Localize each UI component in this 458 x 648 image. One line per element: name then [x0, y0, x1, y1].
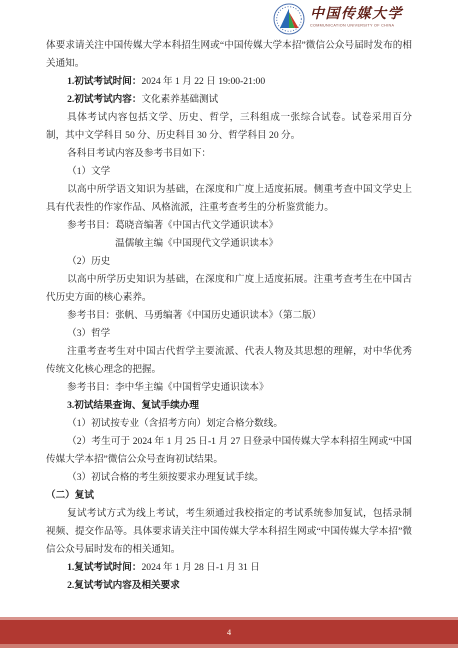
text: 体要求请关注中国传媒大学本科招生网或“中国传媒大学本招”微信公众号届时发布的相关…	[46, 40, 412, 69]
text: （3）初试合格的考生须按要求办理复试手续。	[67, 472, 264, 483]
bold-text: （二）复试	[46, 490, 94, 501]
text: 以高中所学历史知识为基础，在深度和广度上适度拓展。注重考查考生在中国古代历史方面…	[46, 274, 412, 303]
paragraph: 温儒敏主编《中国现代文学通识读本》	[46, 235, 412, 253]
paragraph: 2.初试考试内容：文化素养基础测试	[46, 91, 412, 109]
bold-text: 1.复试考试时间：	[67, 562, 141, 573]
paragraph: 体要求请关注中国传媒大学本科招生网或“中国传媒大学本招”微信公众号届时发布的相关…	[46, 37, 412, 73]
paragraph: （1）文学	[46, 163, 412, 181]
paragraph: （2）历史	[46, 253, 412, 271]
text: 参考书目：张帆、马勇编著《中国历史通识读本》（第二版）	[67, 310, 321, 321]
text: 2024 年 1 月 28 日-1 月 31 日	[141, 562, 259, 573]
text: （1）文学	[67, 166, 110, 177]
footer-bottom-strip	[0, 644, 458, 648]
paragraph: 以高中所学语文知识为基础，在深度和广度上适度拓展。侧重考查中国文学史上具有代表性…	[46, 181, 412, 217]
paragraph: 参考书目：葛晓音编著《中国古代文学通识读本》	[46, 217, 412, 235]
bold-text: 3.初试结果查询、复试手续办理	[67, 400, 199, 411]
text: 复试考试方式为线上考试，考生须通过我校指定的考试系统参加复试，包括录制视频、提交…	[46, 508, 412, 555]
footer-main-bar: 4	[0, 620, 458, 644]
text: 参考书目：李中华主编《中国哲学史通识读本》	[67, 382, 268, 393]
bold-text: 2.复试考试内容及相关要求	[67, 580, 180, 591]
page-number: 4	[227, 627, 231, 637]
text: （3）哲学	[67, 328, 110, 339]
university-name-cn: 中国传媒大学	[310, 7, 446, 23]
paragraph: 复试考试方式为线上考试，考生须通过我校指定的考试系统参加复试，包括录制视频、提交…	[46, 505, 412, 559]
document-page: 中国传媒大学 COMMUNICATION UNIVERSITY OF CHINA…	[0, 0, 458, 648]
text: 具体考试内容包括文学、历史、哲学，三科组成一张综合试卷。试卷采用百分制，其中文学…	[46, 112, 412, 141]
paragraph: 参考书目：李中华主编《中国哲学史通识读本》	[46, 379, 412, 397]
paragraph: （1）初试按专业（含招考方向）划定合格分数线。	[46, 415, 412, 433]
paragraph: 参考书目：张帆、马勇编著《中国历史通识读本》（第二版）	[46, 307, 412, 325]
paragraph: （3）初试合格的考生须按要求办理复试手续。	[46, 469, 412, 487]
text: 文化素养基础测试	[141, 94, 218, 105]
text: 注重考查考生对中国古代哲学主要流派、代表人物及其思想的理解，对中华优秀传统文化核…	[46, 346, 412, 375]
heading: 2.复试考试内容及相关要求	[46, 577, 412, 595]
document-body: 体要求请关注中国传媒大学本科招生网或“中国传媒大学本招”微信公众号届时发布的相关…	[46, 37, 412, 595]
text: （1）初试按专业（含招考方向）划定合格分数线。	[67, 418, 283, 429]
text: 2024 年 1 月 22 日 19:00-21:00	[141, 76, 265, 87]
paragraph: 各科目考试内容及参考书目如下：	[46, 145, 412, 163]
paragraph: 1.初试考试时间：2024 年 1 月 22 日 19:00-21:00	[46, 73, 412, 91]
text: （2）历史	[67, 256, 110, 267]
bold-text: 2.初试考试内容：	[67, 94, 141, 105]
text: 参考书目：葛晓音编著《中国古代文学通识读本》	[67, 220, 278, 231]
paragraph: （3）哲学	[46, 325, 412, 343]
heading: （二）复试	[46, 487, 412, 505]
paragraph: 注重考查考生对中国古代哲学主要流派、代表人物及其思想的理解，对中华优秀传统文化核…	[46, 343, 412, 379]
text: 以高中所学语文知识为基础，在深度和广度上适度拓展。侧重考查中国文学史上具有代表性…	[46, 184, 412, 213]
university-emblem-icon	[273, 3, 305, 35]
text: 温儒敏主编《中国现代文学通识读本》	[115, 238, 278, 249]
university-logo-text: 中国传媒大学 COMMUNICATION UNIVERSITY OF CHINA	[305, 3, 446, 30]
text: 各科目考试内容及参考书目如下：	[67, 148, 211, 159]
footer-bar: 4	[0, 617, 458, 648]
bold-text: 1.初试考试时间：	[67, 76, 141, 87]
university-logo: 中国传媒大学 COMMUNICATION UNIVERSITY OF CHINA	[273, 3, 446, 35]
text: （2）考生可于 2024 年 1 月 25 日-1 月 27 日登录中国传媒大学…	[46, 436, 412, 465]
paragraph: 1.复试考试时间：2024 年 1 月 28 日-1 月 31 日	[46, 559, 412, 577]
university-name-en: COMMUNICATION UNIVERSITY OF CHINA	[310, 24, 394, 28]
paragraph: （2）考生可于 2024 年 1 月 25 日-1 月 27 日登录中国传媒大学…	[46, 433, 412, 469]
paragraph: 以高中所学历史知识为基础，在深度和广度上适度拓展。注重考查考生在中国古代历史方面…	[46, 271, 412, 307]
heading: 3.初试结果查询、复试手续办理	[46, 397, 412, 415]
paragraph: 具体考试内容包括文学、历史、哲学，三科组成一张综合试卷。试卷采用百分制，其中文学…	[46, 109, 412, 145]
